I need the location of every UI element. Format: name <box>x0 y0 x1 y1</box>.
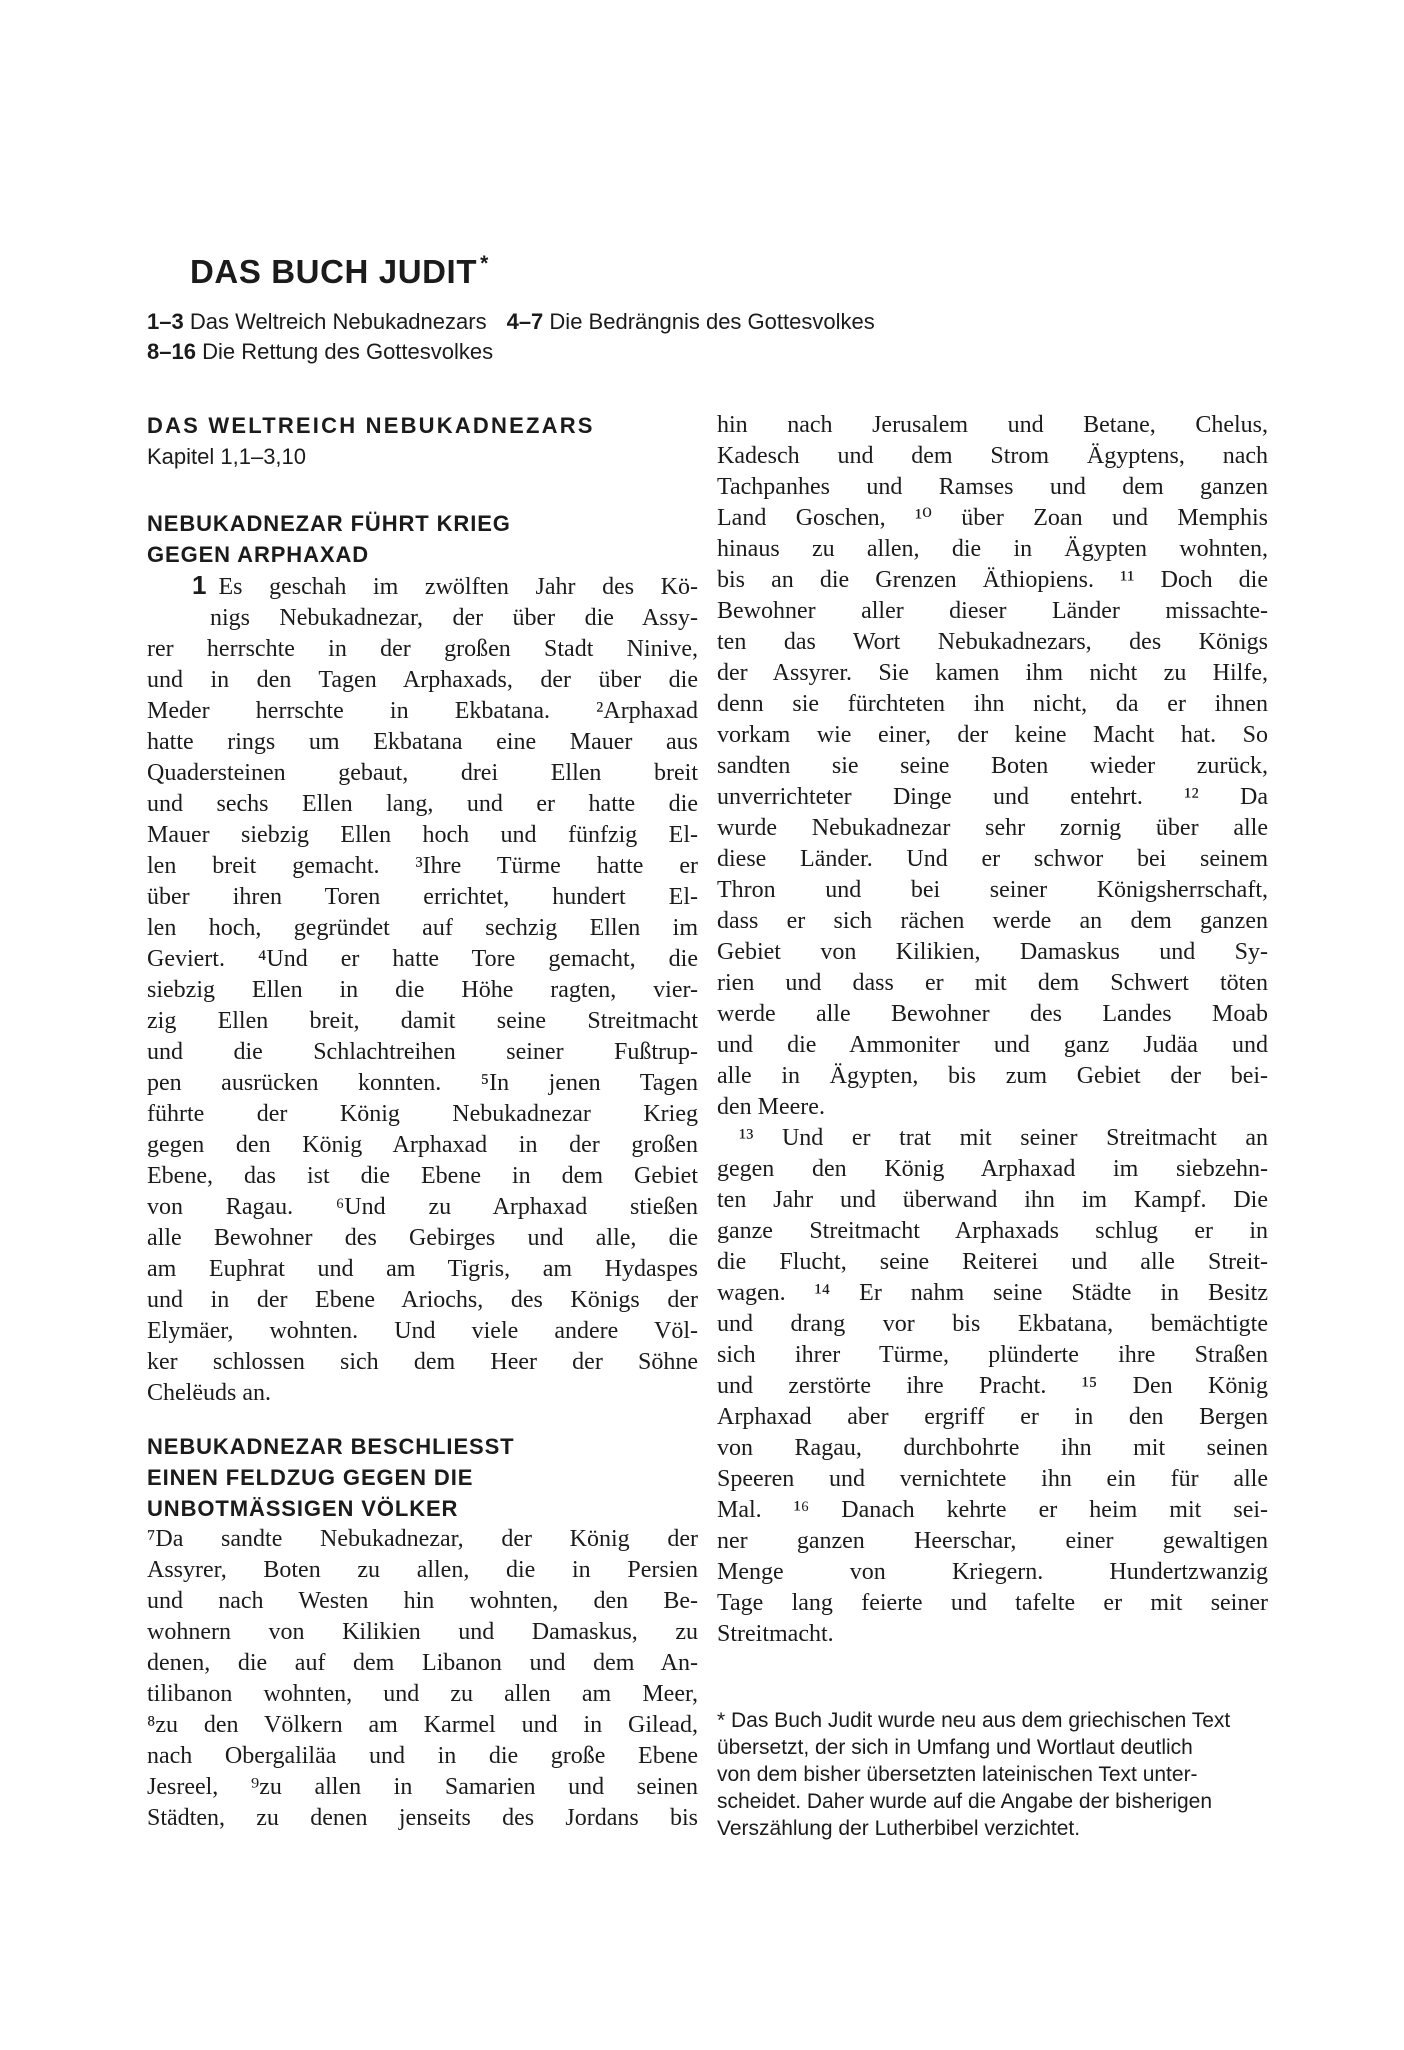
text-line: zig Ellen breit, damit seine Streitmacht <box>147 1006 698 1037</box>
text-line: sich ihrer Türme, plünderte ihre Straßen <box>717 1340 1268 1371</box>
text-line: von Ragau. ⁶Und zu Arphaxad stießen <box>147 1192 698 1223</box>
text-line: und nach Westen hin wohnten, den Be- <box>147 1586 698 1617</box>
text-line: von dem bisher übersetzten lateinischen … <box>717 1761 1268 1788</box>
text-line: rer herrschte in der großen Stadt Ninive… <box>147 634 698 665</box>
text-line: ker schlossen sich dem Heer der Söhne <box>147 1347 698 1378</box>
text-line: und die Ammoniter und ganz Judäa und <box>717 1030 1268 1061</box>
text-line: Meder herrschte in Ekbatana. ²Arphaxad <box>147 696 698 727</box>
book-title: DAS BUCH JUDIT* <box>147 0 1268 290</box>
text-line: denn sie fürchteten ihn nicht, da er ihn… <box>717 689 1268 720</box>
overview-range: 4–7 <box>507 309 544 334</box>
footnote: * Das Buch Judit wurde neu aus dem griec… <box>717 1707 1268 1842</box>
book-title-text: DAS BUCH JUDIT <box>190 253 477 290</box>
book-overview: 1–3 Das Weltreich Nebukadnezars4–7 Die B… <box>147 307 1268 367</box>
text-line: Assyrer, Boten zu allen, die in Persien <box>147 1555 698 1586</box>
text-line: hatte rings um Ekbatana eine Mauer aus <box>147 727 698 758</box>
text-line: alle Bewohner des Gebirges und alle, die <box>147 1223 698 1254</box>
overview-label: Das Weltreich Nebukadnezars <box>190 309 487 334</box>
text-line: die Flucht, seine Reiterei und alle Stre… <box>717 1247 1268 1278</box>
text-line: der Assyrer. Sie kamen ihm nicht zu Hilf… <box>717 658 1268 689</box>
section-heading-feldzug: NEBUKADNEZAR BESCHLIESST EINEN FELDZUG G… <box>147 1431 698 1524</box>
chapter-opening-line: 1Es geschah im zwölften Jahr des Kö- <box>147 570 698 603</box>
overview-item: 4–7 Die Bedrängnis des Gottesvolkes <box>507 309 875 334</box>
text-line: gegen den König Arphaxad in der großen <box>147 1130 698 1161</box>
section-heading-krieg: NEBUKADNEZAR FÜHRT KRIEG GEGEN ARPHAXAD <box>147 508 698 570</box>
overview-line: 1–3 Das Weltreich Nebukadnezars4–7 Die B… <box>147 307 1268 337</box>
verse-paragraph-1-7-to-1-9: ⁷Da sandte Nebukadnezar, der König derAs… <box>147 1524 698 1834</box>
text-line: und in der Ebene Ariochs, des Königs der <box>147 1285 698 1316</box>
text-line: hin nach Jerusalem und Betane, Chelus, <box>717 410 1268 441</box>
text-line: wohnern von Kilikien und Damaskus, zu <box>147 1617 698 1648</box>
text-line: ten das Wort Nebukadnezars, des Königs <box>717 627 1268 658</box>
text-line: ⁷Da sandte Nebukadnezar, der König der <box>147 1524 698 1555</box>
text-line: diese Länder. Und er schwor bei seinem <box>717 844 1268 875</box>
overview-item: 8–16 Die Rettung des Gottesvolkes <box>147 339 493 364</box>
text-line: scheidet. Daher wurde auf die Angabe der… <box>717 1788 1268 1815</box>
text-line: Menge von Kriegern. Hundertzwanzig <box>717 1557 1268 1588</box>
text-line: Arphaxad aber ergriff er in den Bergen <box>717 1402 1268 1433</box>
text-line: nigs Nebukadnezar, der über die Assy- <box>147 603 698 634</box>
left-column: DAS WELTREICH NEBUKADNEZARS Kapitel 1,1–… <box>147 410 698 1842</box>
heading-line: NEBUKADNEZAR FÜHRT KRIEG <box>147 508 698 539</box>
text-line: tilibanon wohnten, und zu allen am Meer, <box>147 1679 698 1710</box>
text-line: wagen. ¹⁴ Er nahm seine Städte in Besitz <box>717 1278 1268 1309</box>
footnote-asterisk: * <box>480 252 488 275</box>
verse-lines: nigs Nebukadnezar, der über die Assy-rer… <box>147 603 698 1409</box>
text-line: übersetzt, der sich in Umfang und Wortla… <box>717 1734 1268 1761</box>
text-line: Tage lang feierte und tafelte er mit sei… <box>717 1588 1268 1619</box>
text-line: Tachpanhes und Ramses und dem ganzen <box>717 472 1268 503</box>
text-line: Jesreel, ⁹zu allen in Samarien und seine… <box>147 1772 698 1803</box>
text-line: * Das Buch Judit wurde neu aus dem griec… <box>717 1707 1268 1734</box>
text-line: Streitmacht. <box>717 1619 1268 1650</box>
overview-label: Die Rettung des Gottesvolkes <box>202 339 493 364</box>
heading-line: GEGEN ARPHAXAD <box>147 539 698 570</box>
text-line: nach Obergaliläa und in die große Ebene <box>147 1741 698 1772</box>
text-line: Geviert. ⁴Und er hatte Tore gemacht, die <box>147 944 698 975</box>
section-kicker: DAS WELTREICH NEBUKADNEZARS <box>147 410 698 441</box>
text-line: ganze Streitmacht Arphaxads schlug er in <box>717 1216 1268 1247</box>
text-line: sandten sie seine Boten wieder zurück, <box>717 751 1268 782</box>
text-line: unverrichteter Dinge und entehrt. ¹² Da <box>717 782 1268 813</box>
heading-line: UNBOTMÄSSIGEN VÖLKER <box>147 1493 698 1524</box>
text-line: Land Goschen, ¹⁰ über Zoan und Memphis <box>717 503 1268 534</box>
text-line: len breit gemacht. ³Ihre Türme hatte er <box>147 851 698 882</box>
overview-range: 1–3 <box>147 309 184 334</box>
text-line: Quadersteinen gebaut, drei Ellen breit <box>147 758 698 789</box>
text-line: Elymäer, wohnten. Und viele andere Völ- <box>147 1316 698 1347</box>
text-line: von Ragau, durchbohrte ihn mit seinen <box>717 1433 1268 1464</box>
text-line: Gebiet von Kilikien, Damaskus und Sy- <box>717 937 1268 968</box>
text-line: siebzig Ellen in die Höhe ragten, vier- <box>147 975 698 1006</box>
text-line: Mal. ¹⁶ Danach kehrte er heim mit sei- <box>717 1495 1268 1526</box>
text-line: Verszählung der Lutherbibel verzichtet. <box>717 1815 1268 1842</box>
text-line: ¹³ Und er trat mit seiner Streitmacht an <box>717 1123 1268 1154</box>
text-line: und zerstörte ihre Pracht. ¹⁵ Den König <box>717 1371 1268 1402</box>
page: DAS BUCH JUDIT* 1–3 Das Weltreich Nebuka… <box>0 0 1404 2050</box>
text-line: Speeren und vernichtete ihn ein für alle <box>717 1464 1268 1495</box>
text-line: und in den Tagen Arphaxads, der über die <box>147 665 698 696</box>
text-line: bis an die Grenzen Äthiopiens. ¹¹ Doch d… <box>717 565 1268 596</box>
verse-paragraph-1-9-to-1-16: hin nach Jerusalem und Betane, Chelus,Ka… <box>717 410 1268 1650</box>
text-line: hinaus zu allen, die in Ägypten wohnten, <box>717 534 1268 565</box>
text-line: rien und dass er mit dem Schwert töten <box>717 968 1268 999</box>
text-line: Chelëuds an. <box>147 1378 698 1409</box>
text-line: führte der König Nebukadnezar Krieg <box>147 1099 698 1130</box>
text-line: am Euphrat und am Tigris, am Hydaspes <box>147 1254 698 1285</box>
text-line: und die Schlachtreihen seiner Fußtrup- <box>147 1037 698 1068</box>
overview-item: 1–3 Das Weltreich Nebukadnezars <box>147 309 487 334</box>
text-line: gegen den König Arphaxad im siebzehn- <box>717 1154 1268 1185</box>
text-line: wurde Nebukadnezar sehr zornig über alle <box>717 813 1268 844</box>
verse-paragraph-1-1-to-1-6: 1Es geschah im zwölften Jahr des Kö- nig… <box>147 570 698 1409</box>
right-column: hin nach Jerusalem und Betane, Chelus,Ka… <box>717 410 1268 1842</box>
text-line: über ihren Toren errichtet, hundert El- <box>147 882 698 913</box>
text-line: Bewohner aller dieser Länder missachte- <box>717 596 1268 627</box>
text-line: len hoch, gegründet auf sechzig Ellen im <box>147 913 698 944</box>
text-line: und sechs Ellen lang, und er hatte die <box>147 789 698 820</box>
text-line: ten Jahr und überwand ihn im Kampf. Die <box>717 1185 1268 1216</box>
text-line: pen ausrücken konnten. ⁵In jenen Tagen <box>147 1068 698 1099</box>
text-line: denen, die auf dem Libanon und dem An- <box>147 1648 698 1679</box>
overview-line: 8–16 Die Rettung des Gottesvolkes <box>147 337 1268 367</box>
overview-range: 8–16 <box>147 339 196 364</box>
text-line: Städten, zu denen jenseits des Jordans b… <box>147 1803 698 1834</box>
text-line: den Meere. <box>717 1092 1268 1123</box>
text-line: Kadesch und dem Strom Ägyptens, nach <box>717 441 1268 472</box>
text-line: Ebene, das ist die Ebene in dem Gebiet <box>147 1161 698 1192</box>
text-line: ⁸zu den Völkern am Karmel und in Gilead, <box>147 1710 698 1741</box>
heading-line: EINEN FELDZUG GEGEN DIE <box>147 1462 698 1493</box>
chapter-range: Kapitel 1,1–3,10 <box>147 441 698 472</box>
text-line: alle in Ägypten, bis zum Gebiet der bei- <box>717 1061 1268 1092</box>
text-line: ner ganzen Heerschar, einer gewaltigen <box>717 1526 1268 1557</box>
overview-label: Die Bedrängnis des Gottesvolkes <box>549 309 874 334</box>
book-header: DAS BUCH JUDIT* 1–3 Das Weltreich Nebuka… <box>147 0 1268 367</box>
text-line: und drang vor bis Ekbatana, bemächtigte <box>717 1309 1268 1340</box>
text-line: vorkam wie einer, der keine Macht hat. S… <box>717 720 1268 751</box>
text-line: Thron und bei seiner Königsherrschaft, <box>717 875 1268 906</box>
text-line: werde alle Bewohner des Landes Moab <box>717 999 1268 1030</box>
text-line: dass er sich rächen werde an dem ganzen <box>717 906 1268 937</box>
chapter-opening-text: Es geschah im zwölften Jahr des Kö- <box>218 574 698 600</box>
text-line: Mauer siebzig Ellen hoch und fünfzig El- <box>147 820 698 851</box>
heading-line: NEBUKADNEZAR BESCHLIESST <box>147 1431 698 1462</box>
text-columns: DAS WELTREICH NEBUKADNEZARS Kapitel 1,1–… <box>147 410 1268 1842</box>
chapter-number: 1 <box>192 570 206 600</box>
